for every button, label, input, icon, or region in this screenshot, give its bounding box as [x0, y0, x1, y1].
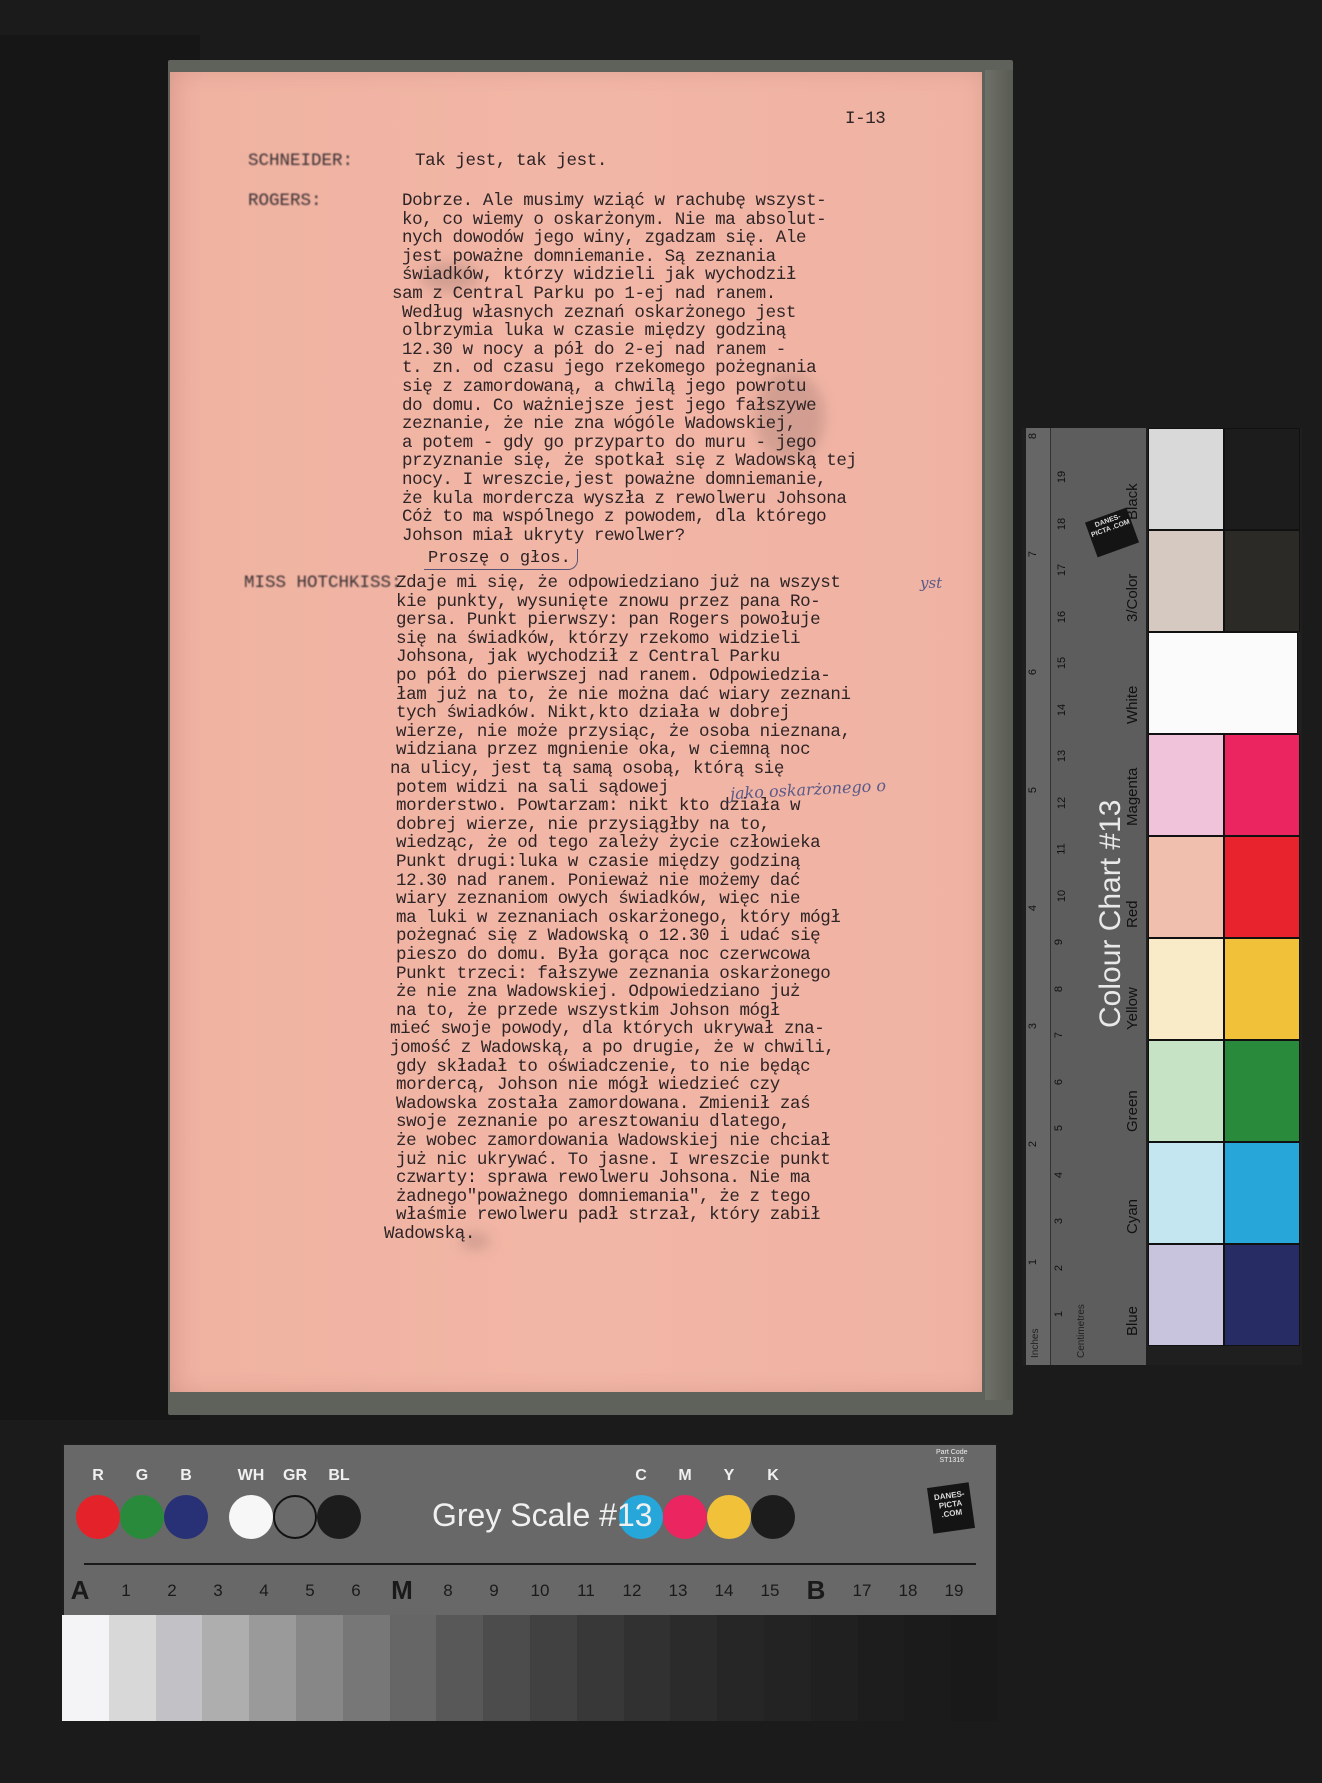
- patch-label: Magenta: [1124, 768, 1141, 826]
- patch-label: Red: [1124, 900, 1141, 928]
- step-label: 9: [472, 1581, 516, 1601]
- inch-tick: 3: [1027, 1023, 1039, 1029]
- grey-step: [858, 1615, 905, 1721]
- swatch-cyan-dark: [1224, 1142, 1300, 1244]
- typed-line: widziana przez mgnienie oka, w ciemną no…: [396, 741, 810, 760]
- step-label: 17: [840, 1581, 884, 1601]
- circled-note: Proszę o głos.: [424, 549, 578, 570]
- centimetres-label: Centimetres: [1076, 1304, 1087, 1358]
- swatch-yellow-dark: [1224, 938, 1300, 1040]
- step-label: 12: [610, 1581, 654, 1601]
- grey-step: [904, 1615, 951, 1721]
- grey-step: [436, 1615, 483, 1721]
- grey-scale-header: RGBWHGRBLCMYK Grey Scale #13 Part Code S…: [64, 1445, 996, 1615]
- typed-line: Zdaje mi się, że odpowiedziano już na ws…: [396, 574, 840, 593]
- typed-line: a potem - gdy go przyparto do muru - jeg…: [402, 434, 816, 453]
- color-dot-b: [164, 1495, 208, 1539]
- dot-label: BL: [317, 1467, 361, 1485]
- swatch-blue-light: [1148, 1244, 1224, 1346]
- typed-line: zeznanie, że nie zna wógóle Wadowskiej,: [402, 415, 796, 434]
- inches-label: Inches: [1030, 1329, 1041, 1358]
- dot-label: R: [76, 1467, 120, 1485]
- color-dot-bl: [317, 1495, 361, 1539]
- cm-tick: 11: [1056, 843, 1068, 854]
- step-label: 5: [288, 1581, 332, 1601]
- patch-label: White: [1124, 686, 1141, 724]
- typed-line: łam już na to, że nie można dać wiary ze…: [396, 686, 851, 705]
- divider: [84, 1563, 976, 1565]
- typed-line: potem widzi na sali sądowej: [396, 779, 669, 798]
- typed-line: gdy składał to oświadczenie, to nie będą…: [396, 1058, 810, 1077]
- swatch-black-light: [1148, 428, 1224, 530]
- typed-line: gersa. Punkt pierwszy: pan Rogers powołu…: [396, 611, 820, 630]
- step-label: 14: [702, 1581, 746, 1601]
- typed-line: tych świadków. Nikt,kto działa w dobrej: [396, 704, 790, 723]
- grey-step: [249, 1615, 296, 1721]
- grey-step: [62, 1615, 109, 1721]
- typed-line: po pół do pierwszej nad ranem. Odpowiedz…: [396, 667, 830, 686]
- typed-line: żadnego"poważnego domniemania", że z teg…: [396, 1188, 810, 1207]
- typed-line: Wadowska została zamordowana. Zmienił za…: [396, 1095, 810, 1114]
- danes-picta-logo: DANES-PICTA .COM: [927, 1482, 975, 1533]
- typed-line: nych dowodów jego winy, zgadzam się. Ale: [402, 229, 806, 248]
- dot-label: C: [619, 1467, 663, 1485]
- cm-tick: 18: [1056, 517, 1068, 529]
- inch-tick: 4: [1027, 905, 1039, 911]
- typed-line: świadków, którzy widzieli jak wychodził: [402, 266, 796, 285]
- typed-line: kie punkty, wysunięte znowu przez pana R…: [396, 593, 820, 612]
- typed-line: ma luki w zeznaniach oskarżonego, który …: [396, 909, 840, 928]
- part-code: Part Code ST1316: [936, 1449, 968, 1465]
- step-label: 3: [196, 1581, 240, 1601]
- swatch-blue-dark: [1224, 1244, 1300, 1346]
- inch-tick: 6: [1027, 669, 1039, 675]
- dot-label: GR: [273, 1467, 317, 1485]
- speaker-hotchkiss: MISS HOTCHKISS:: [244, 574, 402, 593]
- dot-label: M: [663, 1467, 707, 1485]
- patch-label: Cyan: [1124, 1199, 1141, 1234]
- grey-step: [764, 1615, 811, 1721]
- typed-line: Dobrze. Ale musimy wziąć w rachubę wszys…: [402, 192, 826, 211]
- grey-step: [951, 1615, 998, 1721]
- cm-tick: 17: [1056, 564, 1068, 576]
- typed-line: jomość z Wadowską, a po drugie, że w chw…: [390, 1039, 834, 1058]
- typed-line: mieć swoje powody, dla których ukrywał z…: [390, 1020, 824, 1039]
- cm-tick: 19: [1056, 471, 1068, 483]
- inch-tick: 2: [1027, 1141, 1039, 1147]
- part-code-value: ST1316: [936, 1457, 968, 1465]
- swatch-yellow-light: [1148, 938, 1224, 1040]
- typed-line: się na świadków, którzy rzekomo widzieli: [396, 630, 800, 649]
- patch-label: Black: [1124, 483, 1141, 520]
- color-dot-y: [707, 1495, 751, 1539]
- typewritten-page: I-13 SCHNEIDER: ROGERS: MISS HOTCHKISS: …: [170, 72, 982, 1392]
- typed-line: 12.30 nad ranem. Ponieważ nie możemy dać: [396, 872, 800, 891]
- grey-step: [296, 1615, 343, 1721]
- typed-line: Johson miał ukryty rewolwer?: [402, 527, 685, 546]
- step-label: 6: [334, 1581, 378, 1601]
- swatch-black-dark: [1224, 428, 1300, 530]
- typed-line: że kula mordercza wyszła z rewolweru Joh…: [402, 490, 846, 509]
- step-label: B: [794, 1575, 838, 1606]
- typed-line: t. zn. od czasu jego rzekomego pożegnani…: [402, 359, 816, 378]
- typed-line: dobrej wierze, nie przysiągłby na to,: [396, 816, 770, 835]
- typed-line: olbrzymia luka w czasie między godziną: [402, 322, 786, 341]
- grey-step: [343, 1615, 390, 1721]
- cm-tick: 4: [1053, 1171, 1065, 1177]
- typed-line: pieszo do domu. Była gorąca noc czerwcow…: [396, 946, 810, 965]
- handwritten-margin-note: yst: [920, 574, 942, 592]
- cm-tick: 3: [1053, 1218, 1065, 1224]
- step-label: 18: [886, 1581, 930, 1601]
- typed-line: Punkt drugi:luka w czasie między godziną: [396, 853, 800, 872]
- typed-line: Cóż to ma wspólnego z powodem, dla które…: [402, 508, 826, 527]
- typed-line: już nic ukrywać. To jasne. I wreszcie pu…: [396, 1151, 830, 1170]
- typed-line: czwarty: sprawa rewolweru Johsona. Nie m…: [396, 1169, 810, 1188]
- inch-tick: 8: [1027, 433, 1039, 439]
- grey-scale-card: RGBWHGRBLCMYK Grey Scale #13 Part Code S…: [62, 1443, 998, 1721]
- cm-tick: 9: [1053, 939, 1065, 945]
- typed-line: pożegnać się z Wadowską o 12.30 i udać s…: [396, 927, 820, 946]
- typed-line: właśmie rewolweru padł strzał, który zab…: [396, 1206, 820, 1225]
- colour-chart-title: Colour Chart #13: [1094, 800, 1128, 1028]
- step-label: 19: [932, 1581, 976, 1601]
- typed-line: swoje zeznanie po aresztowaniu dlatego,: [396, 1113, 790, 1132]
- typed-line: do domu. Co ważniejsze jest jego fałszyw…: [402, 397, 816, 416]
- page-number: I-13: [845, 110, 885, 129]
- typed-line: wierze, nie może przysiąc, że osoba niez…: [396, 723, 851, 742]
- step-label: 10: [518, 1581, 562, 1601]
- cm-tick: 14: [1056, 703, 1068, 715]
- grey-step: [577, 1615, 624, 1721]
- step-label: M: [380, 1575, 424, 1606]
- swatch-green-light: [1148, 1040, 1224, 1142]
- patch-label: 3/Color: [1124, 574, 1141, 622]
- typed-line: że nie zna Wadowskiej. Odpowiedziano już: [396, 983, 800, 1002]
- cm-tick: 16: [1056, 610, 1068, 622]
- grey-step: [530, 1615, 577, 1721]
- typed-line: nocy. I wreszcie,jest poważne domniemani…: [402, 471, 826, 490]
- cm-tick: 2: [1053, 1264, 1065, 1270]
- grey-step: [202, 1615, 249, 1721]
- patch-label: Yellow: [1124, 987, 1141, 1030]
- step-label: 8: [426, 1581, 470, 1601]
- typed-line: że wobec zamordowania Wadowskiej nie chc…: [396, 1132, 830, 1151]
- typed-line: sam z Central Parku po 1-ej nad ranem.: [392, 285, 776, 304]
- step-label: 13: [656, 1581, 700, 1601]
- inch-tick: 1: [1027, 1259, 1039, 1265]
- typed-line: na to, że przede wszystkim Johson mógł: [396, 1002, 780, 1021]
- binder-edge: [985, 70, 1013, 1400]
- step-label: 1: [104, 1581, 148, 1601]
- dot-label: G: [120, 1467, 164, 1485]
- grey-steps: [62, 1615, 998, 1721]
- swatch-red-light: [1148, 836, 1224, 938]
- swatch-magenta-light: [1148, 734, 1224, 836]
- typed-line: się z zamordowaną, a chwilą jego powrotu: [402, 378, 806, 397]
- typed-line: 12.30 w nocy a pół do 2-ej nad ranem -: [402, 341, 786, 360]
- dot-label: K: [751, 1467, 795, 1485]
- cm-tick: 6: [1053, 1078, 1065, 1084]
- swatch-3-color-light: [1148, 530, 1224, 632]
- typed-line: Według własnych zeznań oskarżonego jest: [402, 304, 796, 323]
- grey-step: [390, 1615, 437, 1721]
- grey-scale-title: Grey Scale #13: [432, 1497, 653, 1534]
- color-dot-wh: [229, 1495, 273, 1539]
- typed-line: wiedząc, że od tego zależy życie człowie…: [396, 834, 820, 853]
- dot-label: Y: [707, 1467, 751, 1485]
- cm-tick: 1: [1053, 1311, 1065, 1317]
- patch-label: Blue: [1124, 1306, 1141, 1336]
- typed-line: Punkt trzeci: fałszywe zeznania oskarżon…: [396, 965, 830, 984]
- grey-step: [624, 1615, 671, 1721]
- inch-tick: 5: [1027, 787, 1039, 793]
- color-dot-gr: [273, 1495, 317, 1539]
- cm-tick: 5: [1053, 1125, 1065, 1131]
- cm-tick: 15: [1056, 657, 1068, 669]
- cm-tick: 10: [1056, 889, 1068, 901]
- dot-label: WH: [229, 1467, 273, 1485]
- step-label: 11: [564, 1581, 608, 1601]
- cm-tick: 7: [1053, 1032, 1065, 1038]
- inch-tick: 7: [1027, 551, 1039, 557]
- grey-step: [483, 1615, 530, 1721]
- typed-line: ko, co wiemy o oskarżonym. Nie ma absolu…: [402, 211, 826, 230]
- swatch-3-color-dark: [1224, 530, 1300, 632]
- typed-line: Wadowską.: [384, 1225, 475, 1244]
- typed-line: przyznanie się, że spotkał się z Wadowsk…: [402, 452, 857, 471]
- swatch-cyan-light: [1148, 1142, 1224, 1244]
- typed-line: jest poważne domniemanie. Są zeznania: [402, 248, 776, 267]
- patch-label: Green: [1124, 1090, 1141, 1132]
- step-label: 4: [242, 1581, 286, 1601]
- speaker-schneider: SCHNEIDER:: [248, 152, 353, 171]
- swatch-red-dark: [1224, 836, 1300, 938]
- inch-scale: [1026, 428, 1051, 1365]
- cm-tick: 12: [1056, 796, 1068, 808]
- color-dot-m: [663, 1495, 707, 1539]
- grey-step: [109, 1615, 156, 1721]
- grey-step: [717, 1615, 764, 1721]
- cm-tick: 8: [1053, 985, 1065, 991]
- typed-line: Johsona, jak wychodził z Central Parku: [396, 648, 780, 667]
- color-dot-r: [76, 1495, 120, 1539]
- swatch-magenta-dark: [1224, 734, 1300, 836]
- part-code-label: Part Code: [936, 1449, 968, 1457]
- cm-tick: 13: [1056, 750, 1068, 762]
- dot-label: B: [164, 1467, 208, 1485]
- swatch-white: [1148, 632, 1298, 734]
- color-dot-k: [751, 1495, 795, 1539]
- typed-line: wiary zeznaniom owych świadków, więc nie: [396, 890, 800, 909]
- grey-step: [156, 1615, 203, 1721]
- typed-line: na ulicy, jest tą samą osobą, którą się: [390, 760, 784, 779]
- handwritten-insert: jako oskarżonego o: [730, 776, 887, 803]
- speaker-rogers: ROGERS:: [248, 192, 322, 211]
- colour-chart: 1234567891011121314151617181912345678 DA…: [1022, 428, 1302, 1365]
- color-dot-g: [120, 1495, 164, 1539]
- step-label: 2: [150, 1581, 194, 1601]
- typed-line: Tak jest, tak jest.: [415, 152, 607, 171]
- grey-step: [670, 1615, 717, 1721]
- grey-step: [811, 1615, 858, 1721]
- swatch-green-dark: [1224, 1040, 1300, 1142]
- step-label: A: [58, 1575, 102, 1606]
- typed-line: mordercą, Johson nie mógł wiedzieć czy: [396, 1076, 780, 1095]
- step-label: 15: [748, 1581, 792, 1601]
